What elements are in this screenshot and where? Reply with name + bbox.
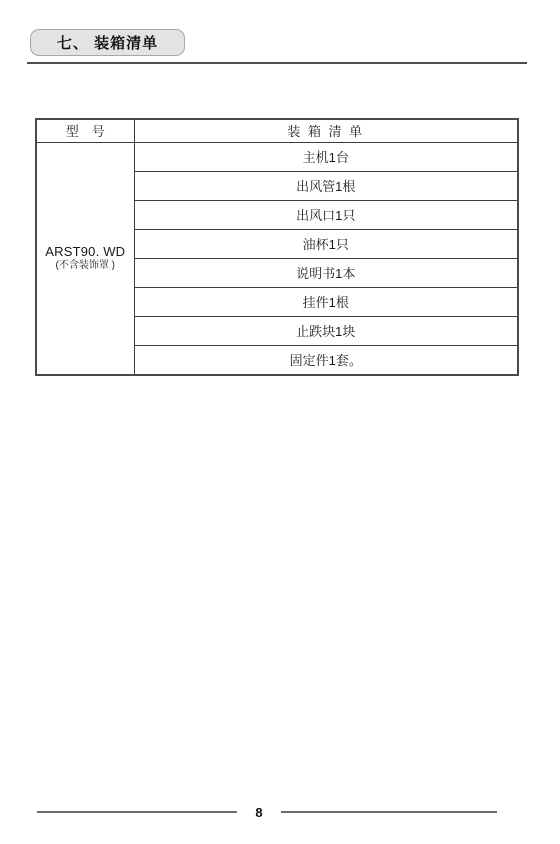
manual-page: 七、 装箱清单 型 号 装 箱 清 单 ARST90. WD (不含装饰罩 ) …	[0, 0, 560, 844]
table-header-row: 型 号 装 箱 清 单	[36, 119, 518, 142]
packing-item: 出风口1只	[134, 200, 518, 229]
model-note: (不含装饰罩 )	[37, 259, 134, 272]
packing-item: 止跌块1块	[134, 316, 518, 345]
section-header-pill: 七、 装箱清单	[30, 29, 185, 56]
page-footer: 8	[0, 802, 560, 822]
packing-item: 挂件1根	[134, 287, 518, 316]
model-cell: ARST90. WD (不含装饰罩 )	[36, 142, 134, 375]
table-row: ARST90. WD (不含装饰罩 ) 主机1台	[36, 142, 518, 171]
page-number: 8	[237, 805, 281, 820]
model-name: ARST90. WD	[37, 244, 134, 259]
footer-left-rule	[37, 811, 237, 813]
packing-list-table: 型 号 装 箱 清 单 ARST90. WD (不含装饰罩 ) 主机1台 出风管…	[35, 118, 519, 376]
packing-item: 主机1台	[134, 142, 518, 171]
packing-item: 说明书1本	[134, 258, 518, 287]
packing-item: 油杯1只	[134, 229, 518, 258]
header-divider	[27, 62, 527, 64]
packing-list-column-header: 装 箱 清 单	[134, 119, 518, 142]
packing-item: 出风管1根	[134, 171, 518, 200]
footer-right-rule	[281, 811, 497, 813]
packing-item: 固定件1套。	[134, 345, 518, 375]
model-column-header: 型 号	[36, 119, 134, 142]
section-title: 七、 装箱清单	[57, 32, 158, 53]
